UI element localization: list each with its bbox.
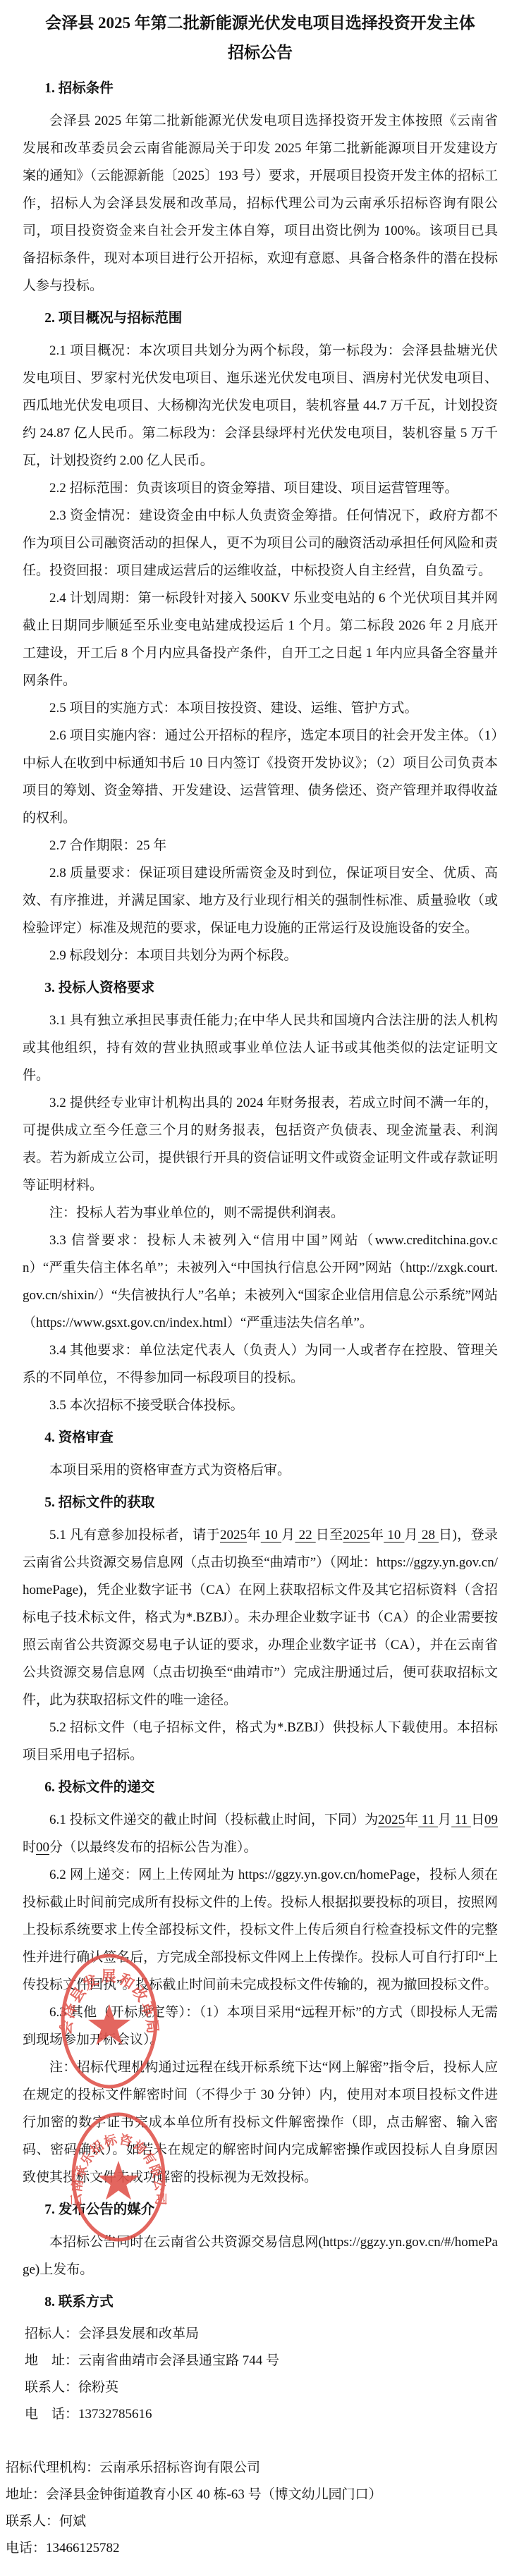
contact-line: 招标代理机构：云南承乐招标咨询有限公司 bbox=[6, 2455, 498, 2482]
underlined-date-value: 00 bbox=[36, 1840, 49, 1855]
contact-line: 联系人：何斌 bbox=[6, 2508, 498, 2535]
doc-heading: 2. 项目概况与招标范围 bbox=[23, 305, 498, 332]
doc-paragraph: 3.2 提供经专业审计机构出具的 2024 年财务报表，若成立时间不满一年的，可… bbox=[23, 1089, 498, 1199]
doc-paragraph: 3.4 其他要求：单位法定代表人（负责人）为同一人或者存在控股、管理关系的不同单… bbox=[23, 1337, 498, 1392]
contact-line: 联系人：徐粉英 bbox=[25, 2374, 498, 2401]
document-body: 1. 招标条件会泽县 2025 年第二批新能源光伏发电项目选择投资开发主体按照《… bbox=[23, 75, 498, 2562]
underlined-date-value: 10 bbox=[384, 1528, 404, 1542]
doc-heading: 6. 投标文件的递交 bbox=[23, 1774, 498, 1801]
doc-paragraph: 2.5 项目的实施方式：本项目按投资、建设、运维、管护方式。 bbox=[23, 694, 498, 722]
contact-line: 招标人：会泽县发展和改革局 bbox=[25, 2321, 498, 2348]
doc-paragraph: 会泽县 2025 年第二批新能源光伏发电项目选择投资开发主体按照《云南省发展和改… bbox=[23, 107, 498, 300]
underlined-date-value: 11 bbox=[418, 1813, 438, 1827]
doc-paragraph: 2.7 合作期限：25 年 bbox=[23, 832, 498, 859]
doc-paragraph: 注：招标代理机构通过远程在线开标系统下达“网上解密”指令后，投标人应在规定的投标… bbox=[23, 2054, 498, 2191]
underlined-date-value: 2025 bbox=[343, 1528, 370, 1542]
doc-paragraph: 注：投标人若为事业单位的，则不需提供利润表。 bbox=[23, 1199, 498, 1227]
doc-paragraph: 2.3 资金情况：建设资金由中标人负责资金筹措。任何情况下，政府方都不作为项目公… bbox=[23, 502, 498, 584]
doc-paragraph: 3.1 具有独立承担民事责任能力;在中华人民共和国境内合法注册的法人机构或其他组… bbox=[23, 1007, 498, 1089]
doc-paragraph: 2.2 招标范围：负责该项目的资金筹措、项目建设、项目运营管理等。 bbox=[23, 474, 498, 502]
contact-line: 地 址：云南省曲靖市会泽县通宝路 744 号 bbox=[25, 2348, 498, 2374]
doc-paragraph: 2.4 计划周期：第一标段针对接入 500KV 乐业变电站的 6 个光伏项目其并… bbox=[23, 584, 498, 694]
doc-paragraph: 3.3 信誉要求：投标人未被列入“信用中国”网站（www.creditchina… bbox=[23, 1227, 498, 1337]
doc-heading: 8. 联系方式 bbox=[23, 2288, 498, 2316]
doc-paragraph: 2.1 项目概况：本次项目共划分为两个标段，第一标段为：会泽县盐塘光伏发电项目、… bbox=[23, 337, 498, 474]
doc-paragraph: 5.2 招标文件（电子招标文件，格式为*.BZBJ）供投标人下载使用。本招标项目… bbox=[23, 1714, 498, 1769]
page-title-line2: 招标公告 bbox=[23, 38, 498, 68]
underlined-date-value: 10 bbox=[261, 1528, 281, 1542]
doc-heading: 7. 发布公告的媒介 bbox=[23, 2196, 498, 2224]
doc-heading: 3. 投标人资格要求 bbox=[23, 974, 498, 1002]
doc-heading: 1. 招标条件 bbox=[23, 75, 498, 102]
doc-paragraph: 2.8 质量要求：保证项目建设所需资金及时到位，保证项目安全、优质、高效、有序推… bbox=[23, 859, 498, 942]
page-title-line1: 会泽县 2025 年第二批新能源光伏发电项目选择投资开发主体 bbox=[23, 8, 498, 38]
doc-paragraph: 本招标公告同时在云南省公共资源交易信息网(https://ggzy.yn.gov… bbox=[23, 2228, 498, 2283]
underlined-date-value: 11 bbox=[451, 1813, 471, 1827]
underlined-date-value: 28 bbox=[418, 1528, 439, 1542]
underlined-date-value: 2025 bbox=[378, 1813, 405, 1827]
doc-paragraph: 2.6 项目实施内容：通过公开招标的程序，选定本项目的社会开发主体。（1）中标人… bbox=[23, 722, 498, 832]
doc-paragraph: 5.1 凡有意参加投标者，请于2025年 10 月 22 日至2025年 10 … bbox=[23, 1521, 498, 1714]
doc-paragraph: 6.1 投标文件递交的截止时间（投标截止时间，下同）为2025年 11 月 11… bbox=[23, 1806, 498, 1861]
underlined-date-value: 22 bbox=[295, 1528, 315, 1542]
doc-paragraph: 3.5 本次招标不接受联合体投标。 bbox=[23, 1392, 498, 1419]
doc-paragraph: 6.3 其他（开标规定等）：（1）本项目采用“远程开标”的方式（即投标人无需到现… bbox=[23, 1999, 498, 2054]
doc-paragraph: 本项目采用的资格审查方式为资格后审。 bbox=[23, 1456, 498, 1484]
doc-spacer bbox=[23, 2428, 498, 2455]
doc-heading: 4. 资格审查 bbox=[23, 1424, 498, 1452]
contact-line: 地址：会泽县金钟街道教育小区 40 栋-63 号（博文幼儿园门口） bbox=[6, 2482, 498, 2508]
underlined-date-value: 09 bbox=[484, 1813, 498, 1827]
doc-heading: 5. 招标文件的获取 bbox=[23, 1489, 498, 1516]
document-page: 会泽县 2025 年第二批新能源光伏发电项目选择投资开发主体 招标公告 1. 招… bbox=[0, 0, 519, 2576]
contact-line: 电 话：13732785616 bbox=[25, 2401, 498, 2428]
doc-paragraph: 6.2 网上递交：网上上传网址为 https://ggzy.yn.gov.cn/… bbox=[23, 1861, 498, 1999]
contact-line: 电话：13466125782 bbox=[6, 2535, 498, 2562]
doc-paragraph: 2.9 标段划分：本项目共划分为两个标段。 bbox=[23, 942, 498, 969]
underlined-date-value: 2025 bbox=[220, 1528, 247, 1542]
